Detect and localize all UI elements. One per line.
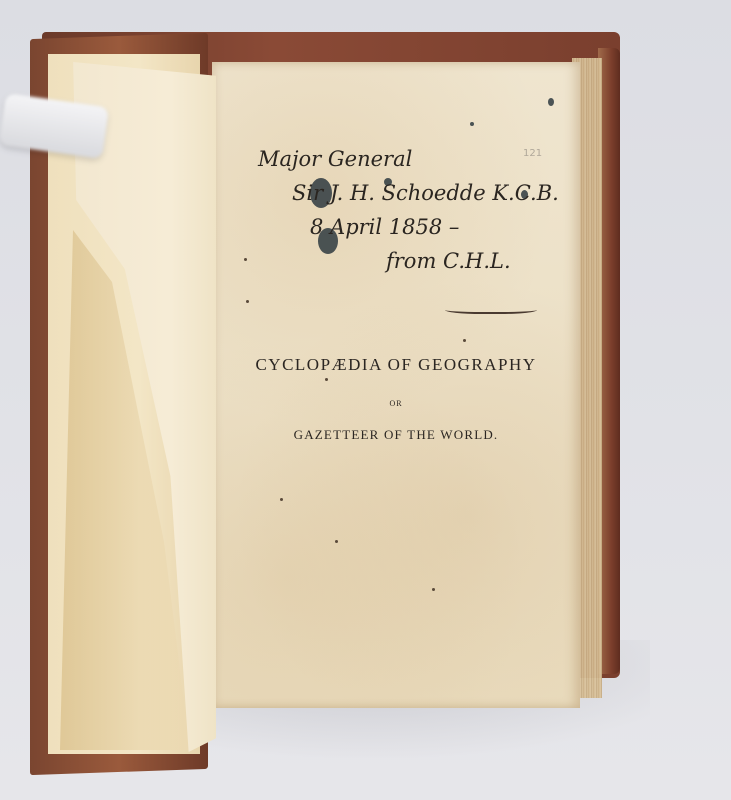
- foxing-speck: [432, 588, 435, 591]
- book-title: CYCLOPÆDIA OF GEOGRAPHY: [212, 355, 580, 375]
- book-subtitle: GAZETTEER OF THE WORLD.: [212, 427, 580, 443]
- foxing-speck: [244, 258, 247, 261]
- foxing-speck: [325, 378, 328, 381]
- inscription-line: Sir J. H. Schoedde K.C.B.: [292, 176, 568, 210]
- foxing-speck: [335, 540, 338, 543]
- foxing-speck: [463, 339, 466, 342]
- inscription-line: 8 April 1858 –: [310, 210, 568, 244]
- handwritten-inscription: Major General Sir J. H. Schoedde K.C.B. …: [258, 142, 568, 278]
- photo-scene: 121 Major General Sir J. H. Schoedde K.C…: [0, 0, 731, 800]
- ink-blot: [470, 122, 474, 126]
- inscription-line: Major General: [258, 142, 568, 176]
- foxing-speck: [280, 498, 283, 501]
- inscription-line: from C.H.L.: [386, 244, 568, 278]
- signature-flourish: [445, 304, 537, 314]
- ink-blot: [548, 98, 554, 106]
- foxing-speck: [246, 300, 249, 303]
- title-connector: OR: [212, 399, 580, 408]
